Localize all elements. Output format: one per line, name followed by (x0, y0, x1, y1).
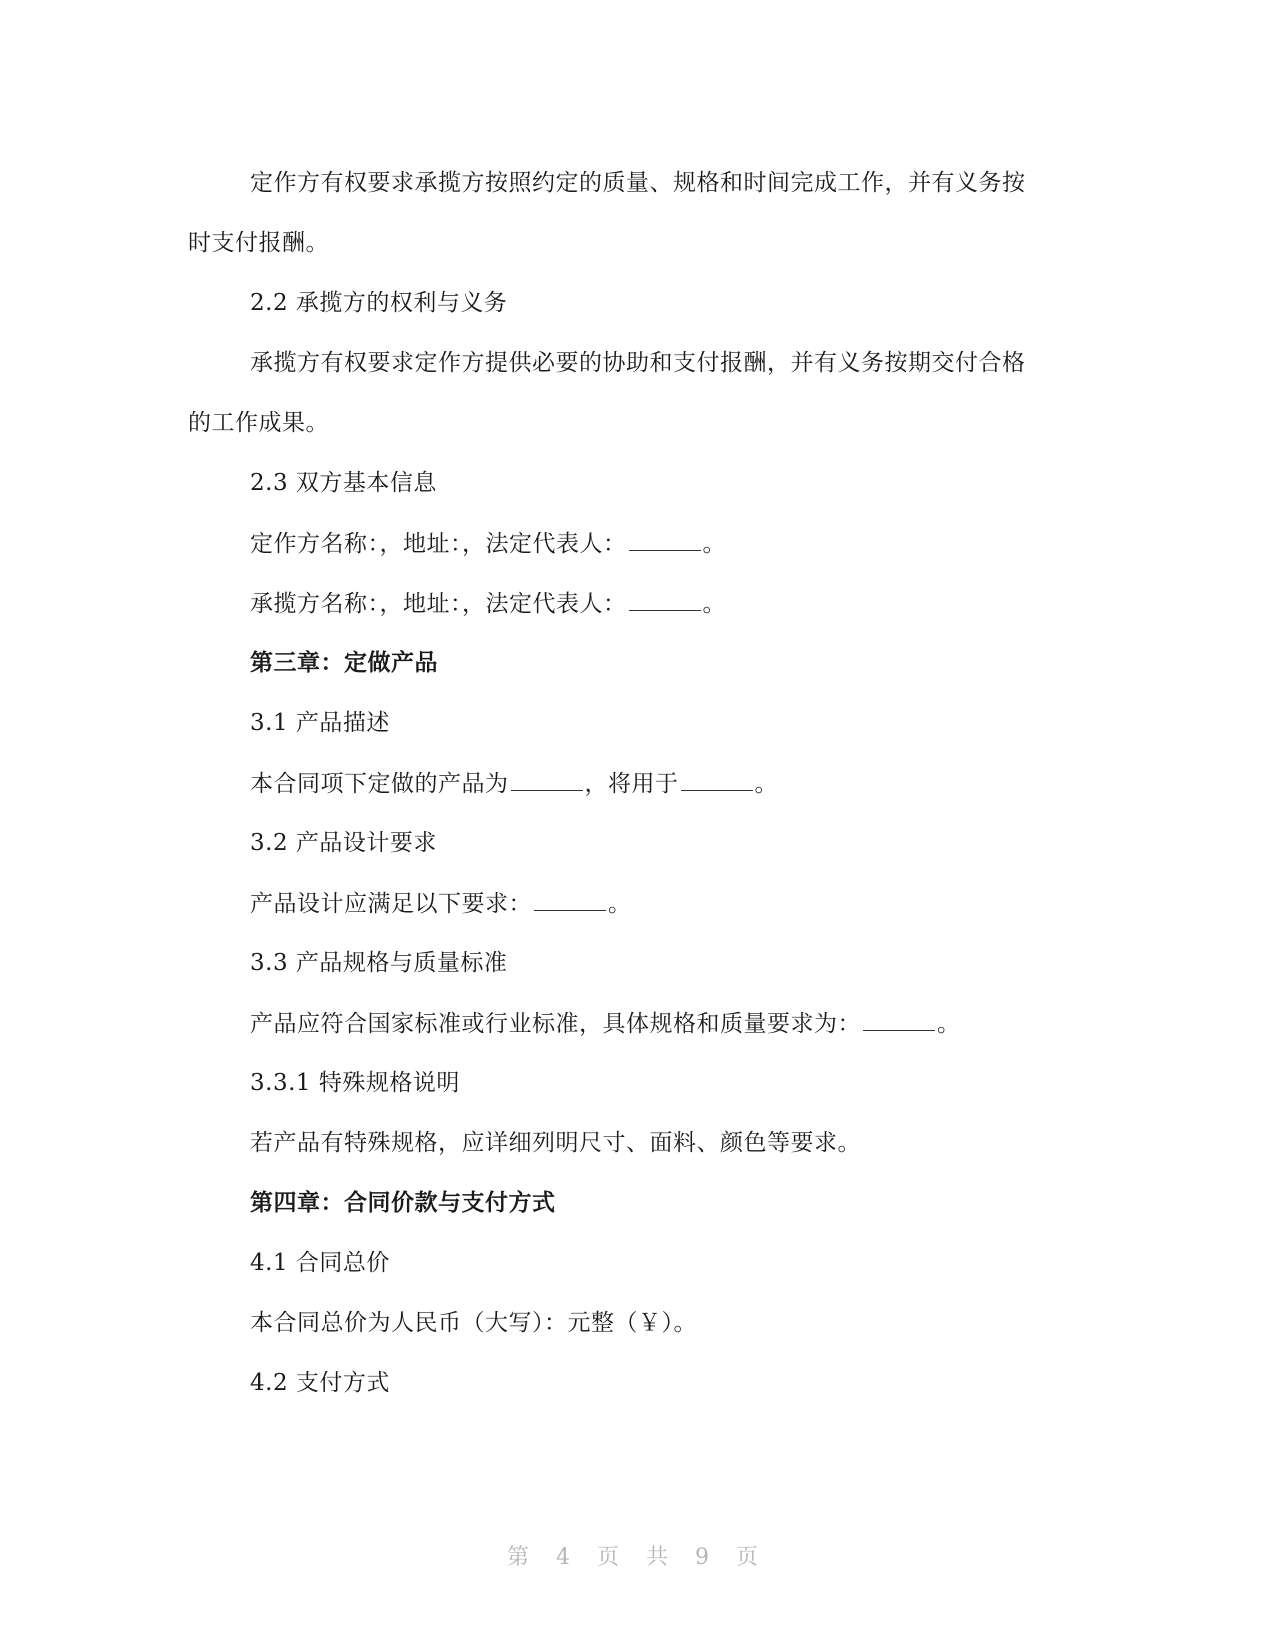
paragraph-orderer-rights: 定作方有权要求承揽方按照约定的质量、规格和时间完成工作，并有义务按 (250, 168, 1026, 198)
paragraph-text: 。 (703, 531, 727, 557)
section-heading-4-2: 4.2 支付方式 (250, 1368, 390, 1398)
heading-text: 3.3.1 特殊规格说明 (250, 1070, 460, 1096)
paragraph-text: 。 (703, 591, 727, 617)
fill-in-blank (863, 1008, 935, 1031)
special-spec-line: 若产品有特殊规格，应详细列明尺寸、面料、颜色等要求。 (250, 1128, 861, 1158)
section-heading-4-1: 4.1 合同总价 (250, 1248, 390, 1278)
page-indicator: 第 4 页 共 9 页 (507, 1545, 768, 1570)
fill-in-blank (511, 768, 583, 791)
fill-in-blank (629, 588, 701, 611)
section-heading-2-3: 2.3 双方基本信息 (250, 468, 437, 498)
fill-in-blank (629, 528, 701, 551)
paragraph-text: 定作方有权要求承揽方按照约定的质量、规格和时间完成工作，并有义务按 (250, 170, 1026, 196)
section-heading-3-2: 3.2 产品设计要求 (250, 828, 437, 858)
paragraph-text: 时支付报酬。 (188, 230, 329, 256)
quality-standard-line: 产品应符合国家标准或行业标准，具体规格和质量要求为：。 (250, 1008, 961, 1039)
section-heading-3-3: 3.3 产品规格与质量标准 (250, 948, 507, 978)
paragraph-text: 。 (755, 771, 779, 797)
paragraph-text: 。 (937, 1011, 961, 1037)
chapter-heading-3: 第三章：定做产品 (250, 648, 438, 678)
heading-text: 3.1 产品描述 (250, 710, 390, 736)
fill-in-blank (681, 768, 753, 791)
fill-in-blank (534, 888, 606, 911)
document-page: 定作方有权要求承揽方按照约定的质量、规格和时间完成工作，并有义务按 时支付报酬。… (0, 0, 1275, 1650)
chapter-heading-4: 第四章：合同价款与支付方式 (250, 1188, 556, 1218)
section-heading-2-2: 2.2 承揽方的权利与义务 (250, 288, 507, 318)
total-price-line: 本合同总价为人民币（大写）：元整（￥）。 (250, 1308, 697, 1338)
heading-text: 2.3 双方基本信息 (250, 470, 437, 496)
paragraph-text: 产品设计应满足以下要求： (250, 891, 532, 917)
page-footer: 第 4 页 共 9 页 (0, 1540, 1275, 1571)
heading-text: 第三章：定做产品 (250, 650, 438, 676)
paragraph-text: 若产品有特殊规格，应详细列明尺寸、面料、颜色等要求。 (250, 1130, 861, 1156)
section-heading-3-3-1: 3.3.1 特殊规格说明 (250, 1068, 460, 1098)
heading-text: 4.2 支付方式 (250, 1370, 390, 1396)
paragraph-text: 本合同总价为人民币（大写）：元整（￥）。 (250, 1310, 697, 1336)
paragraph-text: ，将用于 (585, 771, 679, 797)
paragraph-text: 。 (608, 891, 632, 917)
paragraph-text: 承揽方有权要求定作方提供必要的协助和支付报酬，并有义务按期交付合格 (250, 350, 1026, 376)
paragraph-contractor-rights: 承揽方有权要求定作方提供必要的协助和支付报酬，并有义务按期交付合格 (250, 348, 1026, 378)
paragraph-text: 产品应符合国家标准或行业标准，具体规格和质量要求为： (250, 1011, 861, 1037)
heading-text: 3.2 产品设计要求 (250, 830, 437, 856)
paragraph-text: 本合同项下定做的产品为 (250, 771, 509, 797)
paragraph-orderer-rights-cont: 时支付报酬。 (188, 228, 329, 258)
orderer-info-line: 定作方名称：，地址：，法定代表人：。 (250, 528, 726, 559)
design-requirements-line: 产品设计应满足以下要求：。 (250, 888, 632, 919)
section-heading-3-1: 3.1 产品描述 (250, 708, 390, 738)
paragraph-text: 定作方名称：，地址：，法定代表人： (250, 531, 627, 557)
paragraph-contractor-rights-cont: 的工作成果。 (188, 408, 329, 438)
paragraph-text: 的工作成果。 (188, 410, 329, 436)
product-description-line: 本合同项下定做的产品为，将用于。 (250, 768, 778, 799)
paragraph-text: 承揽方名称：，地址：，法定代表人： (250, 591, 627, 617)
heading-text: 3.3 产品规格与质量标准 (250, 950, 507, 976)
heading-text: 第四章：合同价款与支付方式 (250, 1190, 556, 1216)
heading-text: 2.2 承揽方的权利与义务 (250, 290, 507, 316)
heading-text: 4.1 合同总价 (250, 1250, 390, 1276)
contractor-info-line: 承揽方名称：，地址：，法定代表人：。 (250, 588, 726, 619)
